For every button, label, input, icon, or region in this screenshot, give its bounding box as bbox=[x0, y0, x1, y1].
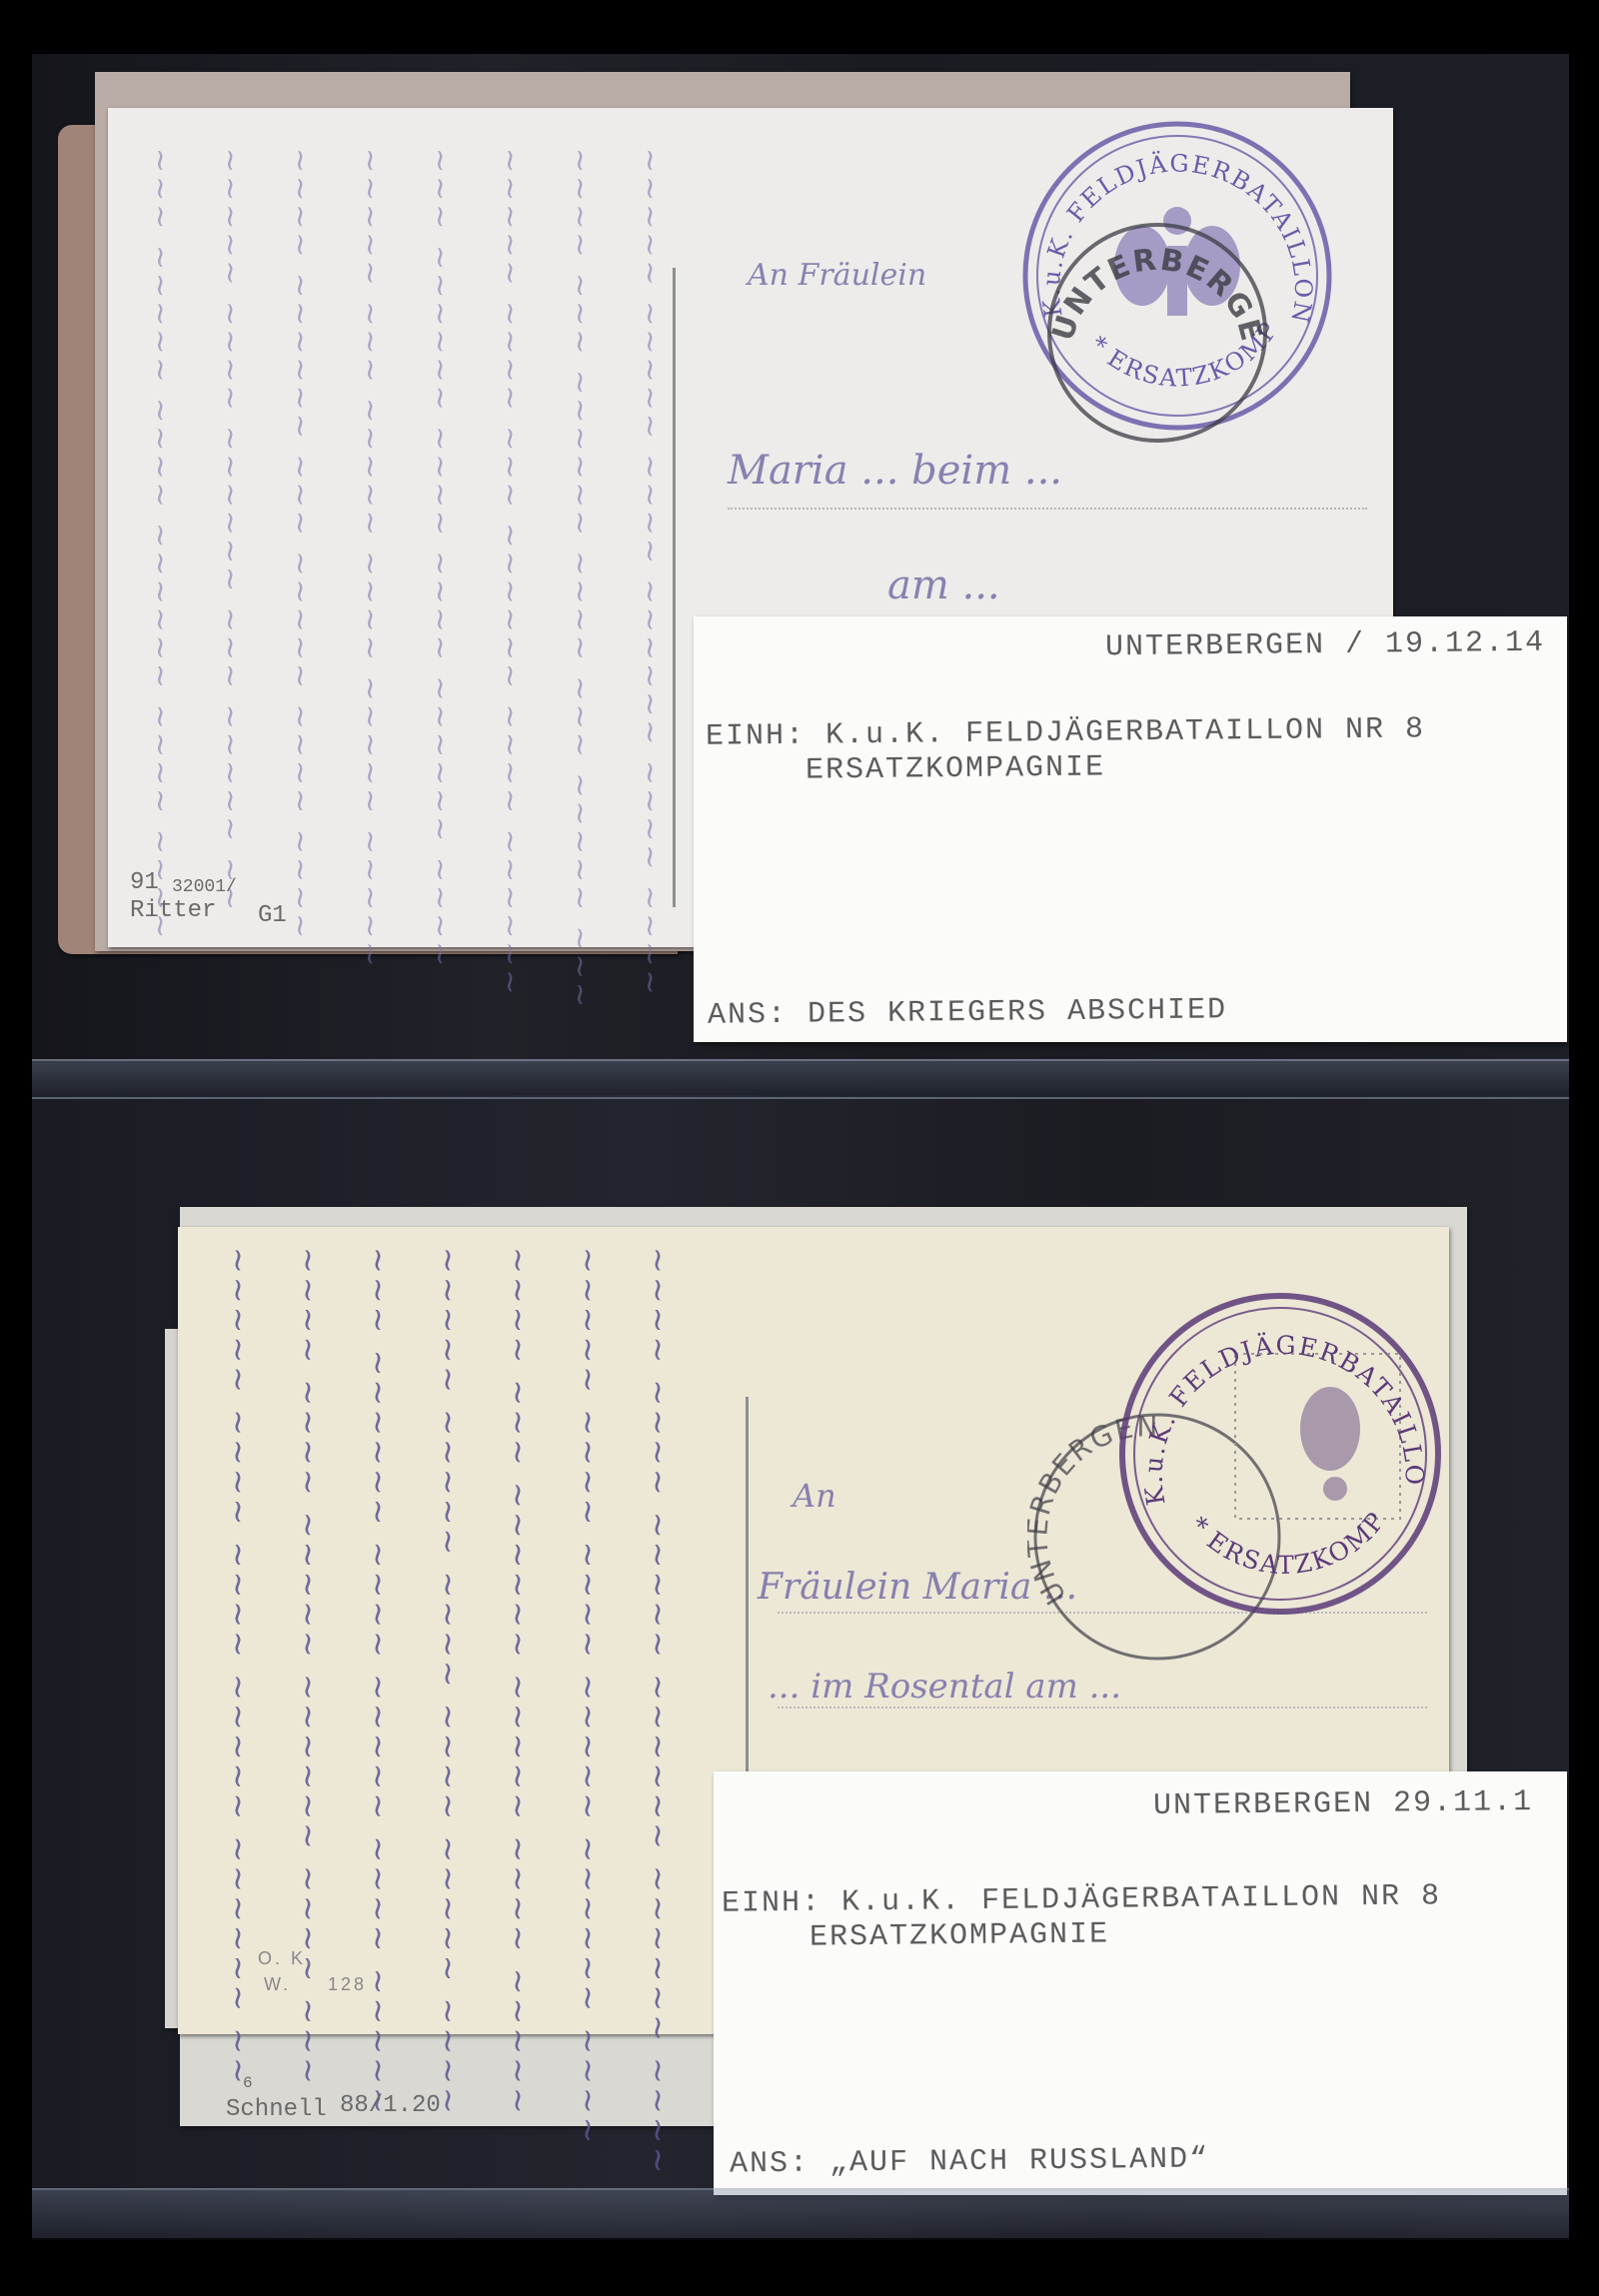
address-line bbox=[778, 1707, 1427, 1709]
label-place-date: UNTERBERGEN 29.11.1 bbox=[1153, 1785, 1533, 1823]
margin-note-code: 91 bbox=[130, 869, 159, 896]
label-unit-line2: ERSATZKOMPAGNIE bbox=[805, 750, 1105, 787]
address-line bbox=[728, 508, 1367, 510]
label-picture-description: ANS: DES KRIEGERS ABSCHIED bbox=[708, 993, 1227, 1032]
album-sleeve-strip bbox=[32, 1059, 1569, 1099]
message-line: ~~~~ ~~~ ~~~~~~ ~~~~ ~~~ ~~~~~ ~~~ bbox=[563, 148, 598, 1010]
annotation-label-2: UNTERBERGEN 29.11.1 EINH: K.u.K. FELDJÄG… bbox=[714, 1771, 1567, 2195]
printed-imprint-number: 128 bbox=[328, 1974, 367, 1995]
message-line: ~~~~~ ~~~ ~~~~~ ~~~~ ~~~~~ ~~~~~ bbox=[353, 148, 388, 969]
message-line: ~~~~~ ~~~~ ~~~~~~ ~~~ ~~~~~ ~~ bbox=[213, 148, 248, 913]
margin-note-code: 6 bbox=[243, 2074, 253, 2092]
label-picture-description: ANS: „AUF NACH RUSSLAND“ bbox=[730, 2142, 1209, 2181]
address-name: Maria ... beim ... bbox=[728, 448, 1062, 494]
album-sleeve-strip bbox=[32, 2188, 1569, 2240]
margin-note-dealer: Ritter bbox=[130, 897, 216, 924]
address-salutation: An bbox=[793, 1477, 836, 1515]
label-place-date: UNTERBERGEN / 19.12.14 bbox=[1105, 626, 1545, 665]
address-town: am ... bbox=[887, 563, 1000, 608]
svg-text:UNTERBERGEN: UNTERBERGEN bbox=[1042, 218, 1269, 347]
message-line: ~~~~ ~~~~ ~~~~~ ~~~~~~ ~~~~~~ ~~~~ bbox=[640, 1247, 678, 2176]
address-town: ... im Rosental am ... bbox=[768, 1667, 1121, 1707]
margin-note-grade: G1 bbox=[258, 902, 287, 929]
message-line: ~~~ ~~~~~~ ~~~~ ~~~~ ~~~~~~ ~~~~ bbox=[423, 148, 458, 969]
message-line: ~~~~ ~~~~~~ ~~~ ~~~~~ ~~~~ ~~~~ bbox=[283, 148, 318, 941]
double-headed-eagle-icon: K.u.K. FELDJÄGERBATAILLON Nr. 8. * ERSAT… bbox=[1115, 1289, 1445, 1619]
label-unit-line1: EINH: K.u.K. FELDJÄGERBATAILLON NR 8 bbox=[722, 1879, 1441, 1921]
message-line: ~~~ ~~~~~ ~~~~ ~~~~~~ ~~~~ ~~~~ bbox=[143, 148, 178, 941]
printed-imprint-line2: W. bbox=[264, 1974, 291, 1995]
unit-cachet: K.u.K. FELDJÄGERBATAILLON Nr. 8. * ERSAT… bbox=[1115, 1289, 1445, 1619]
message-line: ~~~~~ ~~~~ ~~~~ ~~~~~ ~~~~~~ ~~ bbox=[220, 1247, 258, 2087]
margin-note-number: 32001/ bbox=[172, 877, 237, 897]
message-line: ~~~~~ ~~~~~ ~~~~ ~~~~~~ ~~~~ ~~~~ bbox=[633, 148, 668, 998]
label-unit-line1: EINH: K.u.K. FELDJÄGERBATAILLON NR 8 bbox=[706, 712, 1425, 754]
message-line: ~~~~ ~~~ ~~~~~~ ~~~~~ ~~~~ ~~~~~ bbox=[500, 1247, 538, 2117]
message-line: ~~~~~ ~~~~ ~~~ ~~~~~~ ~~~~ ~~~~~~ bbox=[493, 148, 528, 998]
svg-text:K.u.K. FELDJÄGERBATAILLON Nr.: K.u.K. FELDJÄGERBATAILLON Nr. 8. bbox=[1115, 1289, 1429, 1507]
margin-note-number: 88/1.20 bbox=[340, 2092, 441, 2119]
message-line: ~~~~~ ~~~~ ~~~~ ~~~~~ ~~~~~~ ~~~~ bbox=[570, 1247, 608, 2147]
label-unit-line2: ERSATZKOMPAGNIE bbox=[809, 1917, 1109, 1954]
address-salutation: An Fräulein bbox=[748, 258, 926, 293]
printed-imprint-line1: O. K. bbox=[258, 1948, 314, 1969]
postcard-1-divider bbox=[673, 268, 676, 907]
postmark: UNTERBERGEN bbox=[1042, 218, 1272, 448]
message-line: ~~~~~ ~~~~~ ~~~~ ~~~~ ~~~~~ ~~~~ bbox=[430, 1247, 468, 2117]
margin-note-dealer: Schnell bbox=[226, 2096, 327, 2123]
annotation-label-1: UNTERBERGEN / 19.12.14 EINH: K.u.K. FELD… bbox=[694, 616, 1567, 1042]
